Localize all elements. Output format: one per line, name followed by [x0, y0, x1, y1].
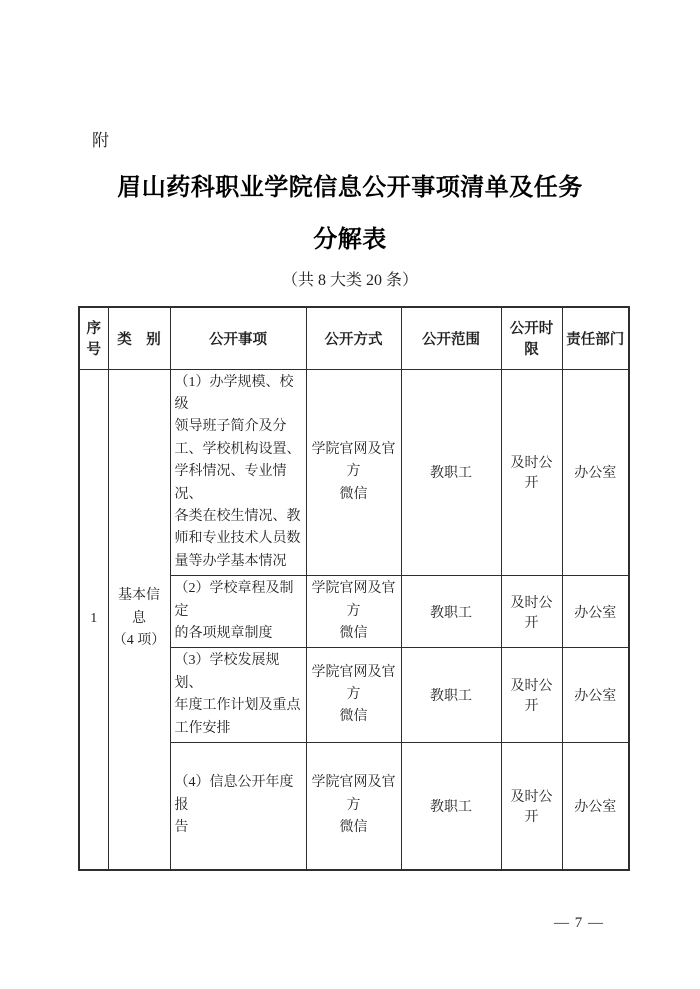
serial-cell: 1 [79, 369, 108, 870]
header-category: 类 别 [108, 307, 170, 369]
method-cell: 学院官网及官方 微信 [306, 576, 401, 648]
department-cell: 办公室 [562, 743, 629, 870]
page-number: — 7 — [554, 915, 604, 932]
scope-cell: 教职工 [401, 576, 501, 648]
department-cell: 办公室 [562, 369, 629, 576]
document-title: 眉山药科职业学院信息公开事项清单及任务 分解表 [0, 162, 700, 266]
method-cell: 学院官网及官方 微信 [306, 369, 401, 576]
department-cell: 办公室 [562, 576, 629, 648]
item-cell: （4）信息公开年度报 告 [170, 743, 306, 870]
department-cell: 办公室 [562, 648, 629, 743]
table-header-row: 序号 类 别 公开事项 公开方式 公开范围 公开时限 责任部门 [79, 307, 629, 369]
scope-cell: 教职工 [401, 743, 501, 870]
method-cell: 学院官网及官方 微信 [306, 743, 401, 870]
item-cell: （3）学校发展规划、 年度工作计划及重点 工作安排 [170, 648, 306, 743]
disclosure-table: 序号 类 别 公开事项 公开方式 公开范围 公开时限 责任部门 1 基本信息 （… [78, 306, 630, 871]
document-subtitle: （共 8 大类 20 条） [0, 267, 700, 290]
document-page: 附 眉山药科职业学院信息公开事项清单及任务 分解表 （共 8 大类 20 条） … [0, 0, 700, 989]
category-cell: 基本信息 （4 项） [108, 369, 170, 870]
header-method: 公开方式 [306, 307, 401, 369]
header-time-limit: 公开时限 [501, 307, 562, 369]
header-serial: 序号 [79, 307, 108, 369]
document-title-line2: 分解表 [0, 214, 700, 266]
time-limit-cell: 及时公开 [501, 648, 562, 743]
table-row: 1 基本信息 （4 项） （1）办学规模、校级 领导班子简介及分 工、学校机构设… [79, 369, 629, 576]
method-cell: 学院官网及官方 微信 [306, 648, 401, 743]
header-item: 公开事项 [170, 307, 306, 369]
attachment-label: 附 [92, 126, 109, 151]
time-limit-cell: 及时公开 [501, 576, 562, 648]
scope-cell: 教职工 [401, 369, 501, 576]
time-limit-cell: 及时公开 [501, 369, 562, 576]
item-cell: （1）办学规模、校级 领导班子简介及分 工、学校机构设置、 学科情况、专业情况、… [170, 369, 306, 576]
time-limit-cell: 及时公开 [501, 743, 562, 870]
item-cell: （2）学校章程及制定 的各项规章制度 [170, 576, 306, 648]
header-department: 责任部门 [562, 307, 629, 369]
document-title-line1: 眉山药科职业学院信息公开事项清单及任务 [0, 162, 700, 214]
scope-cell: 教职工 [401, 648, 501, 743]
header-scope: 公开范围 [401, 307, 501, 369]
